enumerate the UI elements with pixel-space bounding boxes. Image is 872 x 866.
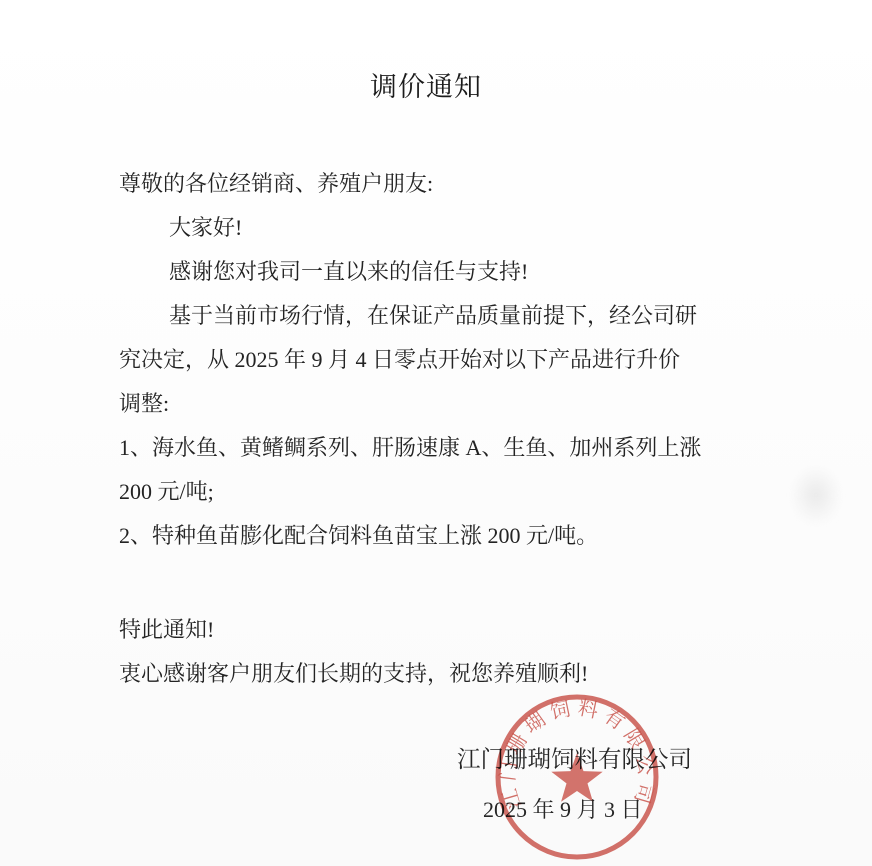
- hereby-notice-line: 特此通知!: [119, 606, 777, 650]
- notice-closing: 特此通知! 衷心感谢客户朋友们长期的支持，祝您养殖顺利!: [119, 606, 777, 694]
- notice-body: 尊敬的各位经销商、养殖户朋友: 大家好! 感谢您对我司一直以来的信任与支持! 基…: [119, 160, 777, 556]
- greeting-line: 大家好!: [119, 204, 777, 248]
- scan-artifact: [790, 465, 842, 525]
- reason-line-2: 究决定，从 2025 年 9 月 4 日零点开始对以下产品进行升价: [119, 336, 777, 380]
- thanks-line: 感谢您对我司一直以来的信任与支持!: [119, 248, 777, 292]
- salutation-line: 尊敬的各位经销商、养殖户朋友:: [119, 160, 777, 204]
- document-title: 调价通知: [0, 70, 852, 104]
- company-seal-stamp: 江门珊瑚饲料有限公司: [494, 694, 660, 860]
- reason-line-3: 调整:: [119, 380, 777, 424]
- reason-line-1: 基于当前市场行情，在保证产品质量前提下，经公司研: [119, 292, 777, 336]
- item-1-line-1: 1、海水鱼、黄鳍鲷系列、肝肠速康 A、生鱼、加州系列上涨: [119, 424, 777, 468]
- item-2-line: 2、特种鱼苗膨化配合饲料鱼苗宝上涨 200 元/吨。: [119, 512, 777, 556]
- item-1-line-2: 200 元/吨;: [119, 468, 777, 512]
- farewell-line: 衷心感谢客户朋友们长期的支持，祝您养殖顺利!: [119, 650, 777, 694]
- seal-star-icon: [551, 753, 602, 802]
- price-notice-document: 调价通知 尊敬的各位经销商、养殖户朋友: 大家好! 感谢您对我司一直以来的信任与…: [0, 0, 872, 866]
